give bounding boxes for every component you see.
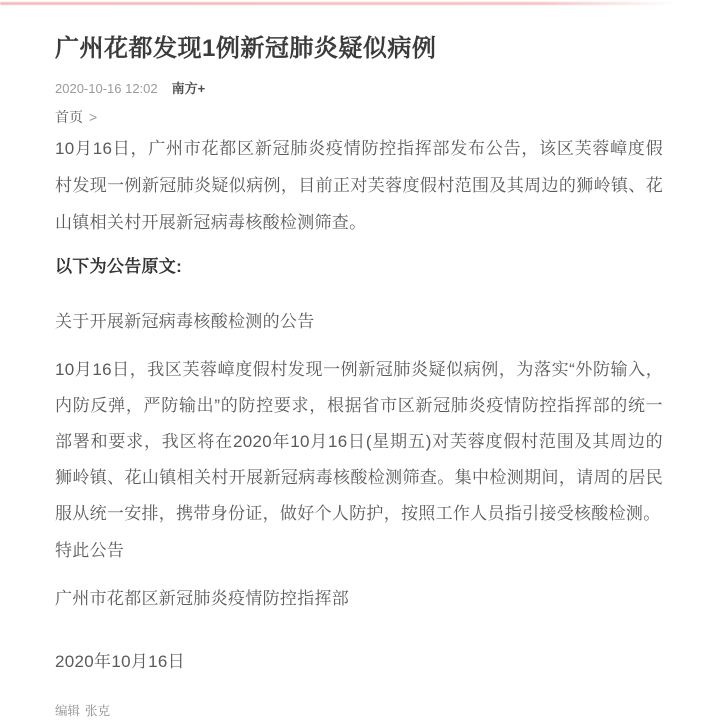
paragraph-closing: 特此公告: [55, 532, 663, 569]
editor-name: 张克: [85, 704, 110, 718]
breadcrumb-home-link[interactable]: 首页: [55, 109, 83, 125]
editor-label: 编辑: [55, 704, 80, 718]
page-title: 广州花都发现1例新冠肺炎疑似病例: [55, 0, 663, 64]
paragraph-issue-date: 2020年10月16日: [55, 643, 663, 680]
paragraph-intro: 10月16日，广州市花都区新冠肺炎疫情防控指挥部发布公告，该区芙蓉嶂度假村发现一…: [55, 130, 663, 241]
paragraph-notice-label: 以下为公告原文:: [55, 248, 663, 285]
editor-line: 编辑张克: [55, 704, 663, 719]
article-content: 广州花都发现1例新冠肺炎疑似病例 2020-10-16 12:02南方+ 首页>…: [0, 0, 720, 719]
paragraph-notice-title: 关于开展新冠病毒核酸检测的公告: [55, 303, 663, 340]
source-link[interactable]: 南方+: [172, 81, 206, 96]
publish-date: 2020-10-16 12:02: [55, 81, 158, 96]
paragraph-issuer: 广州市花都区新冠肺炎疫情防控指挥部: [55, 580, 663, 617]
article-page: 广州花都发现1例新冠肺炎疑似病例 2020-10-16 12:02南方+ 首页>…: [0, 0, 720, 726]
paragraph-notice-body: 10月16日，我区芙蓉嶂度假村发现一例新冠肺炎疑似病例，为落实“外防输入，内防反…: [55, 352, 663, 532]
breadcrumb: 首页>: [55, 108, 663, 126]
breadcrumb-separator: >: [89, 109, 97, 125]
article-meta: 2020-10-16 12:02南方+: [55, 81, 663, 97]
